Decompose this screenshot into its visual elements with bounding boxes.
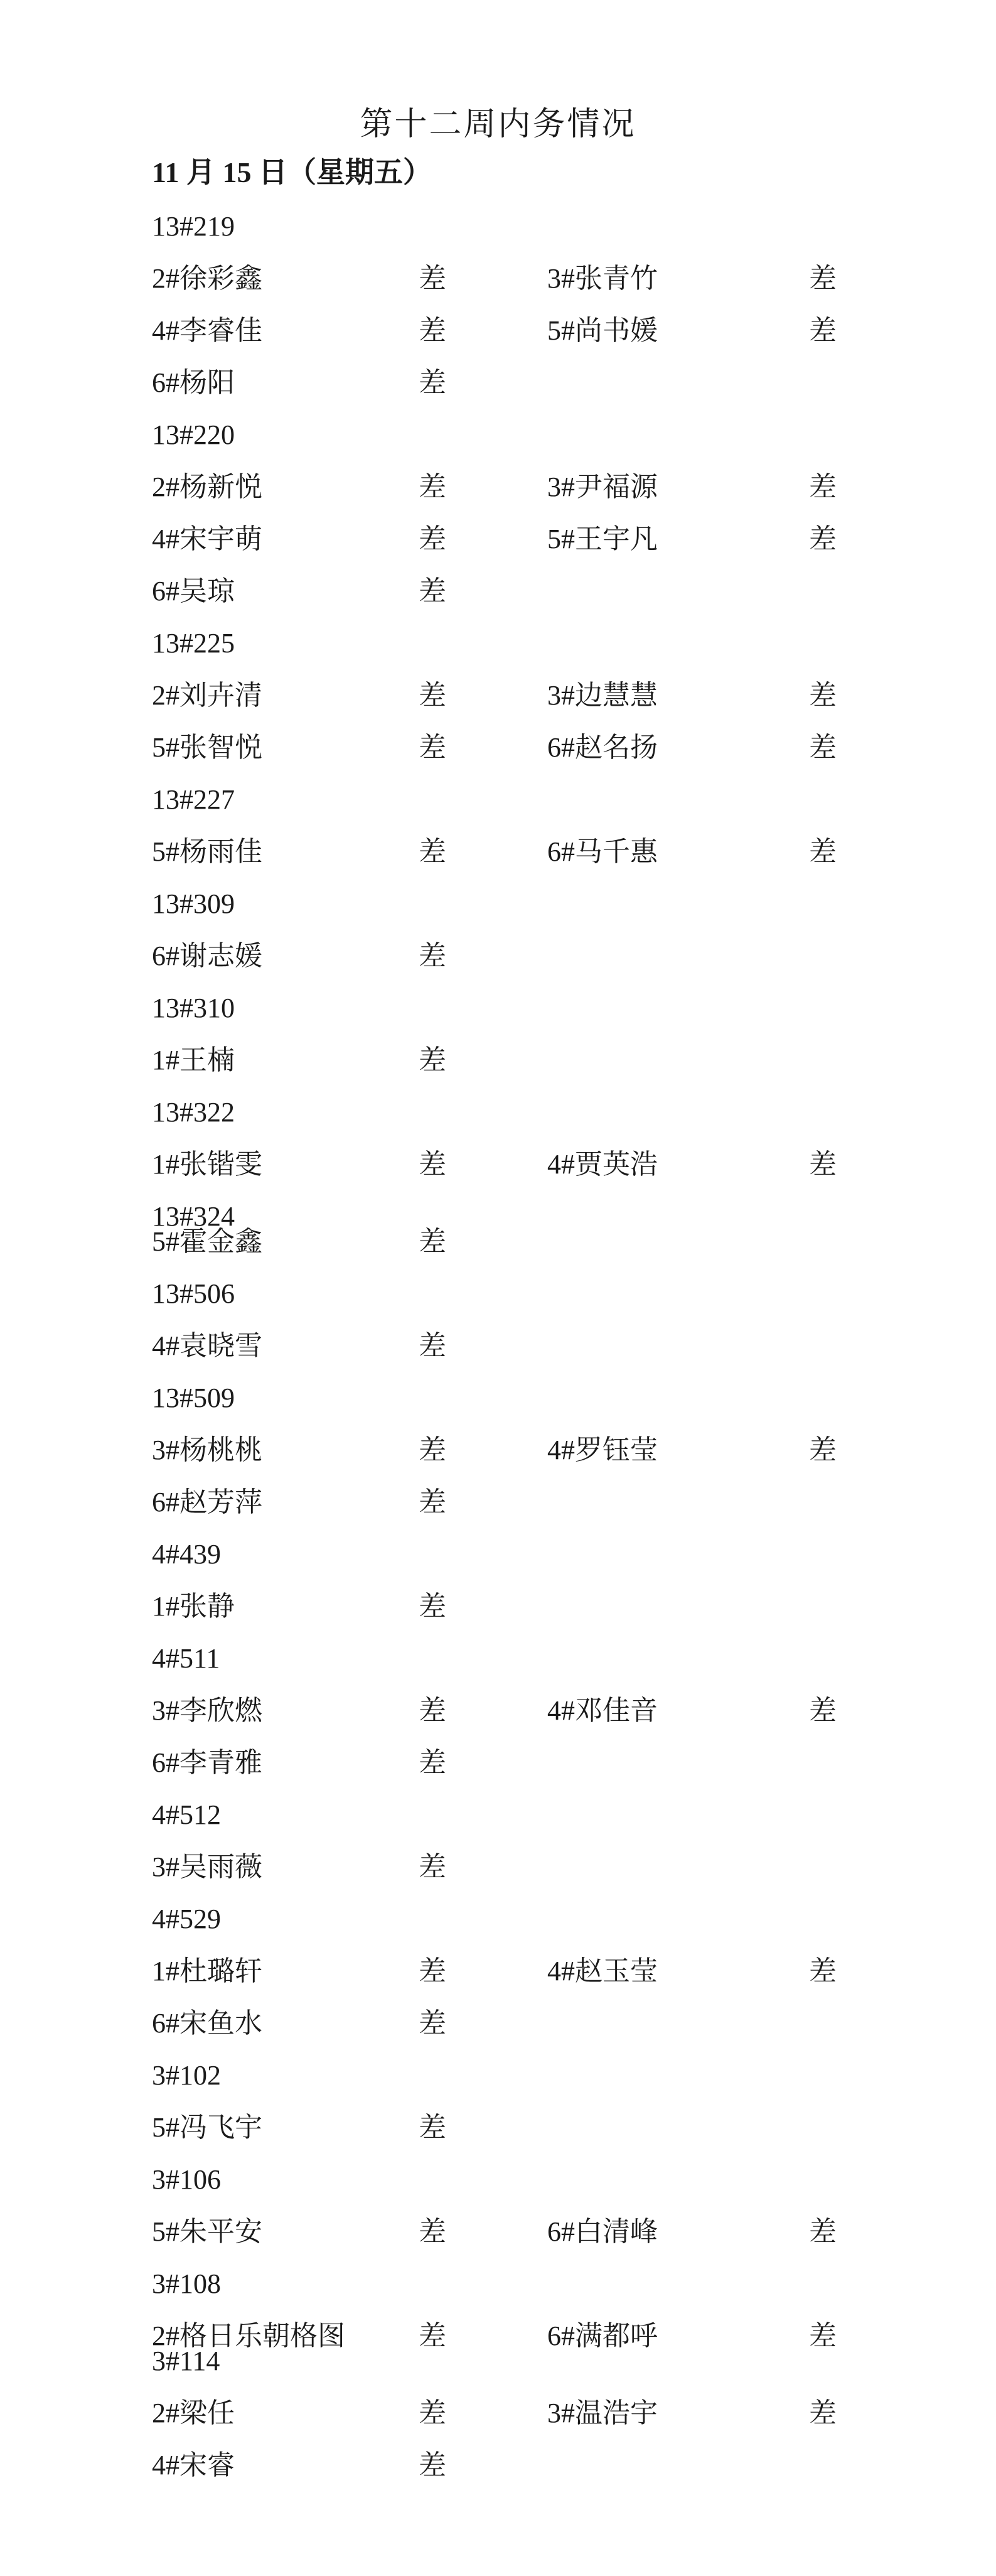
room-row: 13#225 [152, 626, 955, 665]
student-name: 2#刘卉清 [152, 678, 262, 713]
room-row: 4#511 [152, 1641, 955, 1680]
room-number: 13#225 [152, 626, 235, 661]
room-number: 13#309 [152, 887, 235, 922]
entry-row: 3#吴雨薇差 [152, 1850, 955, 1889]
entry-row: 5#朱平安差6#白清峰差 [152, 2214, 955, 2253]
entry-row: 2#徐彩鑫差3#张青竹差 [152, 261, 955, 300]
student-name: 4#宋睿 [152, 2448, 235, 2483]
status-mark: 差 [809, 1954, 837, 1989]
room-row: 13#322 [152, 1095, 955, 1134]
entry-row: 5#张智悦差6#赵名扬差 [152, 730, 955, 769]
entry-row: 5#杨雨佳差6#马千惠差 [152, 834, 955, 873]
room-row: 13#506 [152, 1276, 955, 1315]
student-name: 5#冯飞宇 [152, 2110, 262, 2145]
student-name: 4#罗钰莹 [547, 1433, 658, 1468]
status-mark: 差 [419, 574, 446, 609]
status-mark: 差 [419, 678, 446, 713]
student-name: 3#杨桃桃 [152, 1433, 262, 1468]
student-name: 4#袁晓雪 [152, 1328, 262, 1364]
student-name: 5#王宇凡 [547, 522, 658, 557]
student-name: 2#杨新悦 [152, 470, 262, 505]
status-mark: 差 [419, 1850, 446, 1885]
room-row: 13#220 [152, 418, 955, 456]
student-name: 3#张青竹 [547, 261, 658, 296]
status-mark: 差 [809, 730, 837, 765]
room-number: 3#106 [152, 2162, 221, 2197]
status-mark: 差 [419, 1693, 446, 1728]
entry-row: 6#宋鱼水差 [152, 2006, 955, 2045]
student-name: 5#尚书媛 [547, 313, 658, 348]
status-mark: 差 [809, 834, 837, 870]
student-name: 3#温浩宇 [547, 2396, 658, 2431]
status-mark: 差 [809, 522, 837, 557]
status-mark: 差 [809, 470, 837, 505]
status-mark: 差 [419, 313, 446, 348]
room-row: 13#509 [152, 1381, 955, 1420]
room-number: 13#506 [152, 1276, 235, 1312]
student-name: 3#李欣燃 [152, 1693, 262, 1728]
status-mark: 差 [419, 2006, 446, 2041]
student-name: 6#赵名扬 [547, 730, 658, 765]
student-name: 1#张锴雯 [152, 1147, 262, 1182]
student-name: 6#李青雅 [152, 1745, 262, 1781]
status-mark: 差 [809, 313, 837, 348]
room-number: 13#220 [152, 418, 235, 453]
status-mark: 差 [809, 2214, 837, 2250]
room-row: 4#512 [152, 1797, 955, 1836]
room-row: 13#309 [152, 887, 955, 925]
status-mark: 差 [419, 1745, 446, 1781]
status-mark: 差 [809, 1147, 837, 1182]
entry-row: 5#冯飞宇差 [152, 2110, 955, 2149]
room-number: 4#511 [152, 1641, 220, 1676]
status-mark: 差 [809, 1693, 837, 1728]
room-row: 3#114 [152, 2344, 955, 2383]
status-mark: 差 [809, 678, 837, 713]
student-name: 1#杜璐轩 [152, 1954, 262, 1989]
entry-row: 1#张静差 [152, 1589, 955, 1628]
entry-row: 3#李欣燃差4#邓佳音差 [152, 1693, 955, 1732]
status-mark: 差 [419, 470, 446, 505]
status-mark: 差 [809, 2396, 837, 2431]
status-mark: 差 [419, 730, 446, 765]
room-number: 13#322 [152, 1095, 235, 1130]
status-mark: 差 [419, 1328, 446, 1364]
student-name: 6#吴琼 [152, 574, 235, 609]
entry-row: 6#杨阳差 [152, 365, 955, 404]
status-mark: 差 [419, 2448, 446, 2483]
student-name: 5#朱平安 [152, 2214, 262, 2250]
status-mark: 差 [419, 2214, 446, 2250]
student-name: 3#尹福源 [547, 470, 658, 505]
entry-row: 1#王楠差 [152, 1043, 955, 1082]
room-row: 3#102 [152, 2058, 955, 2097]
student-name: 6#白清峰 [547, 2214, 658, 2250]
entry-row: 3#杨桃桃差4#罗钰莹差 [152, 1433, 955, 1472]
room-row: 13#219 [152, 209, 955, 248]
entry-row: 2#刘卉清差3#边慧慧差 [152, 678, 955, 717]
entry-row: 5#霍金鑫差 [152, 1224, 955, 1263]
room-number: 13#227 [152, 782, 235, 817]
entry-row: 4#宋宇萌差5#王宇凡差 [152, 522, 955, 561]
entry-row: 6#赵芳萍差 [152, 1485, 955, 1524]
room-row: 4#439 [152, 1537, 955, 1576]
entry-row: 2#杨新悦差3#尹福源差 [152, 470, 955, 509]
status-mark: 差 [419, 365, 446, 401]
date-heading: 11 月 15 日（星期五） [152, 149, 432, 191]
room-number: 13#509 [152, 1381, 235, 1416]
room-number: 3#102 [152, 2058, 221, 2093]
room-row: 13#310 [152, 991, 955, 1030]
entry-row: 4#袁晓雪差 [152, 1328, 955, 1367]
room-number: 3#108 [152, 2266, 221, 2302]
room-number: 4#439 [152, 1537, 221, 1572]
entry-row: 4#李睿佳差5#尚书媛差 [152, 313, 955, 352]
status-mark: 差 [809, 1433, 837, 1468]
room-number: 13#310 [152, 991, 235, 1026]
student-name: 4#李睿佳 [152, 313, 262, 348]
document-page: 第十二周内务情况 11 月 15 日（星期五） 13#2192#徐彩鑫差3#张青… [0, 0, 996, 2576]
status-mark: 差 [419, 1485, 446, 1520]
room-number: 4#512 [152, 1797, 221, 1833]
status-mark: 差 [419, 1433, 446, 1468]
student-name: 5#杨雨佳 [152, 834, 262, 870]
student-name: 5#霍金鑫 [152, 1224, 262, 1259]
entry-row: 4#宋睿差 [152, 2448, 955, 2487]
entry-row: 6#李青雅差 [152, 1745, 955, 1784]
status-mark: 差 [419, 1147, 446, 1182]
student-name: 6#马千惠 [547, 834, 658, 870]
student-name: 3#吴雨薇 [152, 1850, 262, 1885]
entry-row: 1#张锴雯差4#贾英浩差 [152, 1147, 955, 1186]
student-name: 1#张静 [152, 1589, 235, 1624]
student-name: 2#徐彩鑫 [152, 261, 262, 296]
status-mark: 差 [419, 1043, 446, 1078]
student-name: 6#赵芳萍 [152, 1485, 262, 1520]
room-row: 13#227 [152, 782, 955, 821]
status-mark: 差 [419, 2396, 446, 2431]
status-mark: 差 [419, 1224, 446, 1259]
status-mark: 差 [419, 522, 446, 557]
student-name: 4#贾英浩 [547, 1147, 658, 1182]
room-row: 4#529 [152, 1902, 955, 1941]
student-name: 3#边慧慧 [547, 678, 658, 713]
room-number: 13#219 [152, 209, 235, 244]
student-name: 6#宋鱼水 [152, 2006, 262, 2041]
student-name: 6#谢志媛 [152, 939, 262, 974]
student-name: 1#王楠 [152, 1043, 235, 1078]
page-title: 第十二周内务情况 [0, 97, 996, 144]
entry-row: 2#梁任差3#温浩宇差 [152, 2396, 955, 2435]
entry-row: 1#杜璐轩差4#赵玉莹差 [152, 1954, 955, 1993]
status-mark: 差 [809, 261, 837, 296]
status-mark: 差 [419, 261, 446, 296]
student-name: 5#张智悦 [152, 730, 262, 765]
status-mark: 差 [419, 2110, 446, 2145]
status-mark: 差 [419, 834, 446, 870]
student-name: 2#梁任 [152, 2396, 235, 2431]
status-mark: 差 [419, 1954, 446, 1989]
status-mark: 差 [419, 1589, 446, 1624]
student-name: 6#杨阳 [152, 365, 235, 401]
room-row: 3#108 [152, 2266, 955, 2305]
student-name: 4#宋宇萌 [152, 522, 262, 557]
entry-row: 6#谢志媛差 [152, 939, 955, 978]
student-name: 4#邓佳音 [547, 1693, 658, 1728]
entry-row: 6#吴琼差 [152, 574, 955, 613]
room-number: 4#529 [152, 1902, 221, 1937]
room-row: 3#106 [152, 2162, 955, 2201]
student-name: 4#赵玉莹 [547, 1954, 658, 1989]
status-mark: 差 [419, 939, 446, 974]
room-number: 3#114 [152, 2344, 220, 2379]
